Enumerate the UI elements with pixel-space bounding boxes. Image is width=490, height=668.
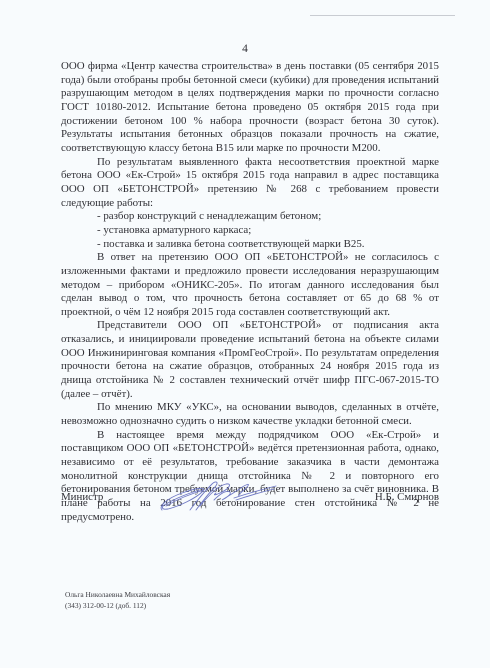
contact-phone: (343) 312-00-12 (доб. 112)	[65, 601, 170, 612]
paragraph-claim: По результатам выявленного факта несоотв…	[61, 156, 439, 211]
list-item: - установка арматурного каркаса;	[61, 224, 439, 238]
paragraph-test-results: ООО фирма «Центр качества строительства»…	[61, 60, 439, 156]
paragraph-representatives: Представители ООО ОП «БЕТОНСТРОЙ» от под…	[61, 319, 439, 401]
contact-name: Ольга Николаевна Михайловская	[65, 590, 170, 601]
paragraph-response: В ответ на претензию ООО ОП «БЕТОНСТРОЙ»…	[61, 251, 439, 319]
signer-name: Н.Б. Смирнов	[375, 491, 439, 503]
signer-title: Министр	[61, 491, 103, 503]
scan-edge-rule	[310, 15, 455, 16]
letter-body: ООО фирма «Центр качества строительства»…	[61, 60, 439, 524]
paragraph-uks-opinion: По мнению МКУ «УКС», на основании выводо…	[61, 401, 439, 428]
list-item: - поставка и заливка бетона соответствую…	[61, 238, 439, 252]
contact-footer: Ольга Николаевна Михайловская (343) 312-…	[65, 590, 170, 612]
list-item: - разбор конструкций с ненадлежащим бето…	[61, 210, 439, 224]
handwritten-signature-icon	[156, 476, 278, 516]
page-number: 4	[0, 43, 490, 55]
